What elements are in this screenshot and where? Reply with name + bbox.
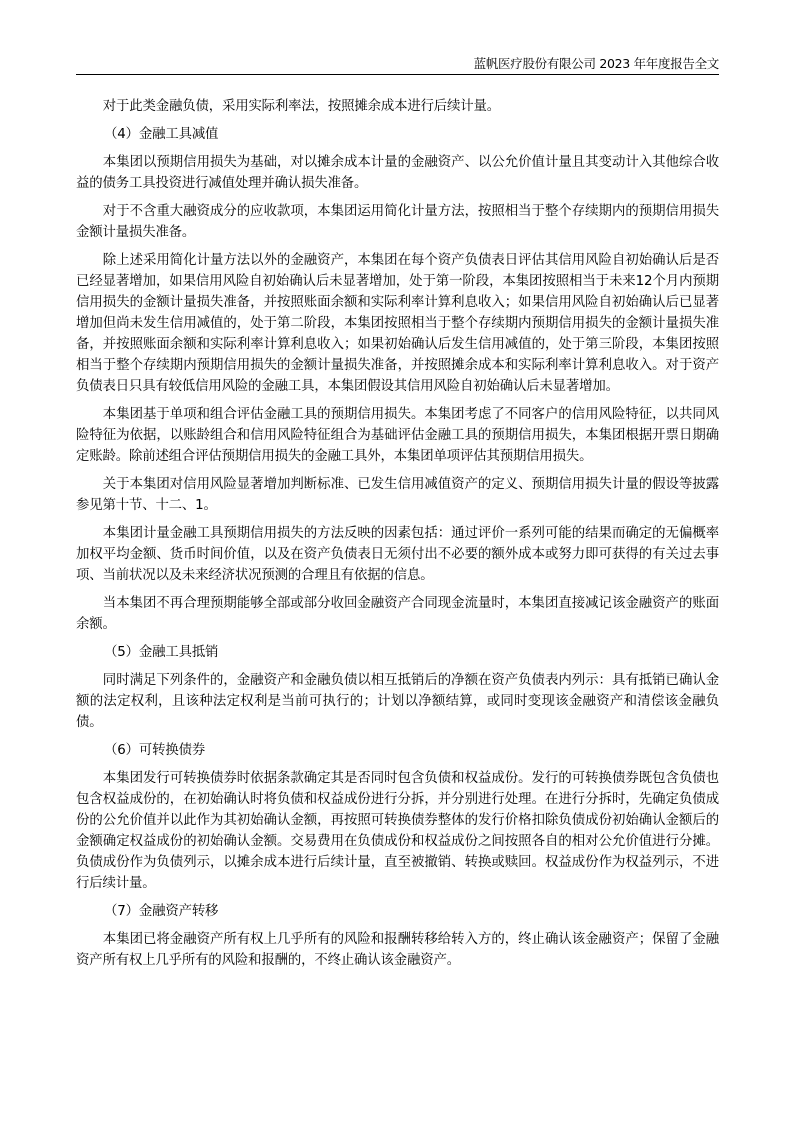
paragraph-offsetting-conditions: 同时满足下列条件的，金融资产和金融负债以相互抵销后的净额在资产负债表内列示：具有… — [76, 670, 719, 733]
paragraph-subsequent-measurement: 对于此类金融负债，采用实际利率法，按照摊余成本进行后续计量。 — [76, 96, 719, 117]
paragraph-write-off: 当本集团不再合理预期能够全部或部分收回金融资产合同现金流量时，本集团直接减记该金… — [76, 593, 719, 635]
section-heading-convertible-bonds: （6）可转换债券 — [76, 740, 719, 761]
paragraph-disclosure-reference: 关于本集团对信用风险显著增加判断标准、已发生信用减值资产的定义、预期信用损失计量… — [76, 474, 719, 516]
paragraph-individual-and-portfolio: 本集团基于单项和组合评估金融工具的预期信用损失。本集团考虑了不同客户的信用风险特… — [76, 404, 719, 467]
paragraph-asset-transfer: 本集团已将金融资产所有权上几乎所有的风险和报酬转移给转入方的，终止确认该金融资产… — [76, 929, 719, 971]
section-heading-offsetting: （5）金融工具抵销 — [76, 642, 719, 663]
paragraph-measurement-factors: 本集团计量金融工具预期信用损失的方法反映的因素包括：通过评价一系列可能的结果而确… — [76, 523, 719, 586]
paragraph-impairment-basis: 本集团以预期信用损失为基础，对以摊余成本计量的金融资产、以公允价值计量且其变动计… — [76, 152, 719, 194]
paragraph-convertible-bonds: 本集团发行可转换债券时依据条款确定其是否同时包含负债和权益成份。发行的可转换债券… — [76, 768, 719, 894]
paragraph-simplified-method: 对于不含重大融资成分的应收款项，本集团运用简化计量方法，按照相当于整个存续期内的… — [76, 201, 719, 243]
section-heading-asset-transfer: （7）金融资产转移 — [76, 901, 719, 922]
page-header: 蓝帆医疗股份有限公司 2023 年年度报告全文 — [76, 54, 719, 75]
document-body: 对于此类金融负债，采用实际利率法，按照摊余成本进行后续计量。 （4）金融工具减值… — [76, 96, 719, 978]
section-heading-impairment: （4）金融工具减值 — [76, 124, 719, 145]
paragraph-three-stages: 除上述采用简化计量方法以外的金融资产，本集团在每个资产负债表日评估其信用风险自初… — [76, 250, 719, 397]
report-title: 蓝帆医疗股份有限公司 2023 年年度报告全文 — [474, 56, 719, 72]
